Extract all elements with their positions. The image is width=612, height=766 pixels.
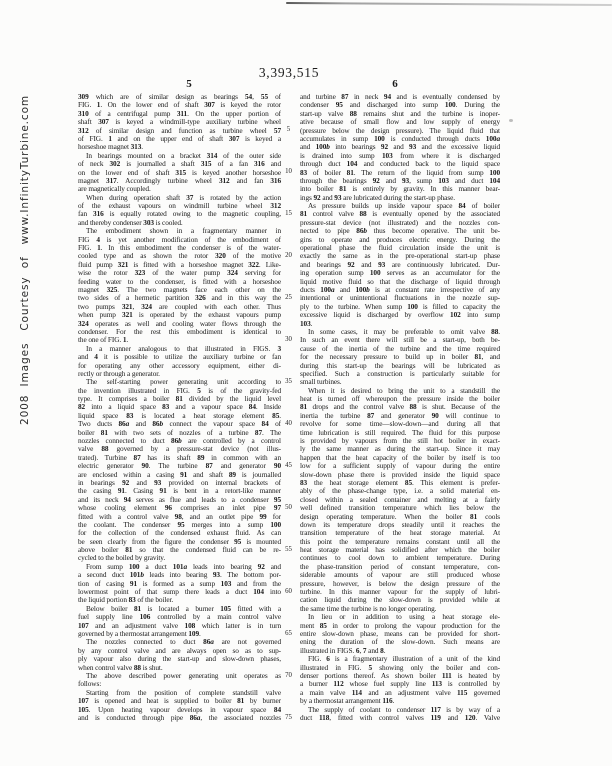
text-line: ly the same manner as during the start-u… (300, 445, 500, 453)
scan-artifact-speck (509, 119, 513, 122)
text-line: 312 of similar design and function as tu… (78, 127, 281, 135)
text-line: duct 118, fitted with control valves 119… (300, 714, 500, 722)
text-line: and thereby condenser 303 is cooled. (78, 219, 281, 227)
text-line: on the lower end of shaft 315 is keyed a… (78, 169, 281, 177)
text-line: 107 and an adjustment valve 108 which la… (78, 622, 281, 630)
text-line: 83 of boiler 81. The return of the liqui… (300, 169, 500, 177)
text-line: accumulates in sump 100 is conducted thr… (300, 135, 500, 143)
text-line: condenser 95 and discharged into sump 10… (300, 101, 500, 109)
text-line: ply to the turbine. When sump 100 is fil… (300, 303, 500, 311)
text-line: the same time the turbine is no longer o… (300, 605, 500, 613)
text-line: illustrated in FIGS. 6, 7 and 8. (300, 647, 500, 655)
text-line: and is conducted through pipe 86a, the a… (78, 714, 281, 722)
text-line: the liquid portion 83 of the boiler. (78, 596, 281, 604)
text-line: and turbine 87 in neck 94 and is eventua… (300, 93, 500, 101)
text-line: transition temperature of the heat stora… (300, 529, 500, 537)
text-line: ducts 100a and 100b is at constant rate … (300, 286, 500, 294)
watermark-text-url: www.InfinityTurbine.com (19, 95, 31, 244)
text-line: heat is turned off whereupon the pressur… (300, 395, 500, 403)
text-line: governed by a thermostat arrangement 109… (78, 630, 281, 638)
text-line: electric generator 90. The turbine 87 an… (78, 462, 281, 470)
line-number: 65 (281, 630, 296, 638)
text-line: In some cases, it may be preferable to o… (300, 328, 500, 336)
text-line: specified. Such a construction is partic… (300, 370, 500, 378)
text-line: the one of FIG. 1. (78, 336, 281, 344)
text-line: boiler 81 with two sets of nozzles of a … (78, 429, 281, 437)
watermark-text-courtesy: Courtesy of (19, 256, 31, 330)
text-line: From sump 100 a duct 101a leads into bea… (78, 563, 281, 571)
text-line: slow-down phase there is provided inside… (300, 471, 500, 479)
text-line: (pressure below the design pressure). Th… (300, 127, 500, 135)
text-line: for operating any other accessory equipm… (78, 362, 281, 370)
text-line: 310 of a centrifugal pump 311. On the up… (78, 110, 281, 118)
text-line: 105. Upon heating vapour develops in vap… (78, 706, 281, 714)
text-line: In a manner analogous to that illustrate… (78, 345, 281, 353)
column-number-left: 5 (182, 78, 196, 90)
text-line: be seen clearly from the figure the cond… (78, 538, 281, 546)
text-line: FIG. 1. In this embodiment the condenser… (78, 244, 281, 252)
watermark-text-year: 2008 Images (19, 343, 31, 425)
text-line: are magnetically coupled. (78, 185, 281, 193)
line-number: 5 (281, 126, 296, 134)
patent-number: 3,393,515 (78, 65, 500, 81)
text-line: closed within a sealed container and mel… (300, 496, 500, 504)
line-number: 30 (281, 336, 296, 344)
text-line: the coolant. The condenser 95 merges int… (78, 521, 281, 529)
text-line: FIG. 1. On the lower end of shaft 307 is… (78, 101, 281, 109)
text-line: When during operation shaft 37 is rotate… (78, 194, 281, 202)
text-line: a main valve 114 and an adjustment valve… (300, 689, 500, 697)
text-line: nozzles connected to duct 86b are contro… (78, 437, 281, 445)
text-line: trated). Turbine 87 has its shaft 89 in … (78, 454, 281, 462)
watermark-sidebar: 2008 Images Courtesy of www.InfinityTurb… (19, 117, 31, 425)
text-line: continues to cool down to ambient temper… (300, 554, 500, 562)
text-line: 309 which are of similar design as beari… (78, 93, 281, 101)
text-line: and bearings 92 and 93 are continuously … (300, 261, 500, 269)
text-line: entire slow-down phase, means can be pro… (300, 630, 500, 638)
text-line: turbine. In this manner vapour for the s… (300, 588, 500, 596)
text-line: revolve for some time—slow-down—and duri… (300, 420, 500, 428)
line-number: 55 (281, 546, 296, 554)
column-number-right: 6 (388, 78, 402, 90)
text-line: nected to pipe 86b thus become operative… (300, 227, 500, 235)
text-line: cause of the inertia of the turbine and … (300, 345, 500, 353)
text-line: type. It comprises a boiler 81 divided b… (78, 395, 281, 403)
text-line: magnet 325. The two magnets face each ot… (78, 286, 281, 294)
text-line: The supply of coolant to condenser 117 i… (300, 706, 500, 714)
text-line: ably of the phase-change type, i.e. a so… (300, 487, 500, 495)
text-line: ening the duration of the slow-down. Suc… (300, 638, 500, 646)
text-line: Below boiler 81 is located a burner 105 … (78, 605, 281, 613)
text-line: low for a sufficient supply of vapour du… (300, 462, 500, 470)
text-line: pressure, however, is below the design p… (300, 580, 500, 588)
text-line: is drained into sump 103 from where it i… (300, 152, 500, 160)
text-line: valve 88 governed by a pressure-stat dev… (78, 445, 281, 453)
text-line: ings 92 and 93 are lubricated during the… (300, 194, 500, 202)
patent-page: { "header": { "patent_number": "3,393,51… (0, 0, 612, 766)
text-line: well defined transition temperature whic… (300, 504, 500, 512)
text-line: shaft 307 is keyed a windmill-type auxil… (78, 118, 281, 126)
text-line: liquid space 83 is located a heat storag… (78, 412, 281, 420)
text-line: FIG. 6 is a fragmentary illustration of … (300, 655, 500, 663)
text-line: the phase-transition period of constant … (300, 563, 500, 571)
text-line: When it is desired to bring the unit to … (300, 387, 500, 395)
text-line: a second duct 101b leads into bearing 93… (78, 571, 281, 579)
text-line: tion of casing 91 is formed as a sump 10… (78, 580, 281, 588)
text-line: design operating temperature. When the b… (300, 513, 500, 521)
text-line: the invention illustrated in FIG. 5 is o… (78, 387, 281, 395)
text-line: FIG 4 is yet another modification of the… (78, 236, 281, 244)
text-line: through the bearings 92 and 93, sump 103… (300, 177, 500, 185)
text-line: inertia the turbine 87 and generator 90 … (300, 412, 500, 420)
text-line: a burner 112 whose fuel supply line 113 … (300, 680, 500, 688)
text-line: 82 into a liquid space 83 and a vapour s… (78, 403, 281, 411)
text-line: two pumps 321, 324 are coupled with each… (78, 303, 281, 311)
text-line: above boiler 81 so that the condensed fl… (78, 546, 281, 554)
text-line: two sides of a hermetic partition 326 an… (78, 294, 281, 302)
line-number: 25 (281, 294, 296, 302)
text-line: and 4 it is possible to utilize the auxi… (78, 353, 281, 361)
text-line: is provided by vapours from the still ho… (300, 437, 500, 445)
text-line: The above described power generating uni… (78, 672, 281, 680)
text-line: of FIG. 1 and on the upper end of shaft … (78, 135, 281, 143)
text-line: ing operation sump 100 serves as an accu… (300, 269, 500, 277)
line-number: 45 (281, 462, 296, 470)
text-line: follows: (78, 680, 281, 688)
text-line: denser portions thereof. As shown boiler… (300, 672, 500, 680)
text-line: when pump 321 is operated by the exhaust… (78, 311, 281, 319)
text-line: through duct 104 and conducted back to t… (300, 160, 500, 168)
text-line: fuel supply line 106 controlled by a mai… (78, 613, 281, 621)
text-line: The embodiment shown in a fragmentary ma… (78, 227, 281, 235)
text-line: during this start-up the bearings will b… (300, 362, 500, 370)
line-number: 70 (281, 672, 296, 680)
text-line: of the exhaust vapours on windmill turbi… (78, 202, 281, 210)
text-line: ment 85 in order to prolong the vapour p… (300, 622, 500, 630)
text-line: 324 operates as well and cooling water f… (78, 320, 281, 328)
text-line: when control valve 88 is shut. (78, 664, 281, 672)
line-number: 40 (281, 420, 296, 428)
line-number: 10 (281, 168, 296, 176)
text-line: rectly or through a generator. (78, 370, 281, 378)
text-line: lowermost point of that sump there leads… (78, 588, 281, 596)
text-line: cooled type and as shown the rotor 320 o… (78, 252, 281, 260)
text-line: exactly the same as in the pre-operation… (300, 252, 500, 260)
text-line: ative because of small flow and low supp… (300, 118, 500, 126)
text-line: The self-starting power generating unit … (78, 378, 281, 386)
text-line: and its neck 94 serves as flue and leads… (78, 496, 281, 504)
left-column: 309 which are of similar design as beari… (78, 93, 281, 722)
text-line: gins to operate and produces electric en… (300, 236, 500, 244)
text-line: heat storage material has solidified aft… (300, 546, 500, 554)
line-number: 20 (281, 252, 296, 260)
text-line: As pressure builds up inside vapour spac… (300, 202, 500, 210)
text-line: time lubrication is still required. The … (300, 429, 500, 437)
text-line: In lieu or in addition to using a heat s… (300, 613, 500, 621)
text-line: 81 control valve 88 is eventually opened… (300, 210, 500, 218)
line-number: 75 (281, 714, 296, 722)
text-line: liquid motive fluid so that the discharg… (300, 278, 500, 286)
text-line: for the collection of the condensed exha… (78, 529, 281, 537)
line-number: 15 (281, 210, 296, 218)
text-line: The nozzles connected to duct 86a are no… (78, 638, 281, 646)
text-line: the casing 91. Casing 91 is bent in a re… (78, 487, 281, 495)
text-line: magnet 317. Accordingly turbine wheel 31… (78, 177, 281, 185)
text-line: small turbines. (300, 378, 500, 386)
text-line: of neck 302 is journalled a shaft 315 of… (78, 160, 281, 168)
right-column: and turbine 87 in neck 94 and is eventua… (300, 93, 500, 722)
text-line: horseshoe magnet 313. (78, 143, 281, 151)
text-line: In bearings mounted on a bracket 314 of … (78, 152, 281, 160)
text-line: by a thermostat arrangement 116. (300, 697, 500, 705)
text-line: cycled to the boiled by gravity. (78, 554, 281, 562)
text-line: 83 the heat storage element 85. This ele… (300, 479, 500, 487)
text-line: excessive liquid is discharged by overfl… (300, 311, 500, 319)
text-line: condenser. For the rest this embodiment … (78, 328, 281, 336)
text-line: and 100b into bearings 92 and 93 and the… (300, 143, 500, 151)
line-number: 60 (281, 588, 296, 596)
text-line: are enclosed within a casing 91 and shaf… (78, 471, 281, 479)
text-line: 107 is opened and heat is supplied to bo… (78, 697, 281, 705)
text-line: Two ducts 86a and 86b connect the vapour… (78, 420, 281, 428)
text-line: in bearings 92 and 93 provided on intern… (78, 479, 281, 487)
text-line: down its temperature drops steadily unti… (300, 521, 500, 529)
text-line: Starting from the position of complete s… (78, 689, 281, 697)
text-line: for the necessary pressure to build up i… (300, 353, 500, 361)
text-line: into boiler 81 is entirely by gravity. I… (300, 185, 500, 193)
text-line: cation liquid during the slow-down is pr… (300, 596, 500, 604)
text-line: wise the rotor 323 of the water pump 324… (78, 269, 281, 277)
text-line: happen that the heat capacity of the boi… (300, 454, 500, 462)
text-line: 81 drops and the control valve 88 is shu… (300, 403, 500, 411)
text-line: by any control valve and are always open… (78, 647, 281, 655)
scan-artifact-line (286, 2, 612, 6)
text-line: start-up valve 88 remains shut and the t… (300, 110, 500, 118)
text-line: intentional or unintentional fluctuation… (300, 294, 500, 302)
text-line: pressure-stat device (not illustrated) a… (300, 219, 500, 227)
text-line: illustrated in FIG. 5 showing only the b… (300, 664, 500, 672)
text-line: operational phase the fluid circulation … (300, 244, 500, 252)
text-line: fitted with a control valve 98, and an o… (78, 513, 281, 521)
text-line: In such an event there will still be a s… (300, 336, 500, 344)
text-line: this point the temperature remains const… (300, 538, 500, 546)
text-line: whose cooling element 96 comprises an in… (78, 504, 281, 512)
line-number: 35 (281, 378, 296, 386)
text-line: ply vapour also during the start-up and … (78, 655, 281, 663)
text-line: siderable amounts of vapour are still pr… (300, 571, 500, 579)
text-line: fan 316 is equally rotated owing to the … (78, 210, 281, 218)
text-line: fluid pump 321 is fitted with a horsesho… (78, 261, 281, 269)
text-line: feeding water to the condenser, is fitte… (78, 278, 281, 286)
line-number: 50 (281, 504, 296, 512)
text-line: 103. (300, 320, 500, 328)
gutter-line-numbers: 51015202530354045505560657075 (281, 93, 296, 733)
